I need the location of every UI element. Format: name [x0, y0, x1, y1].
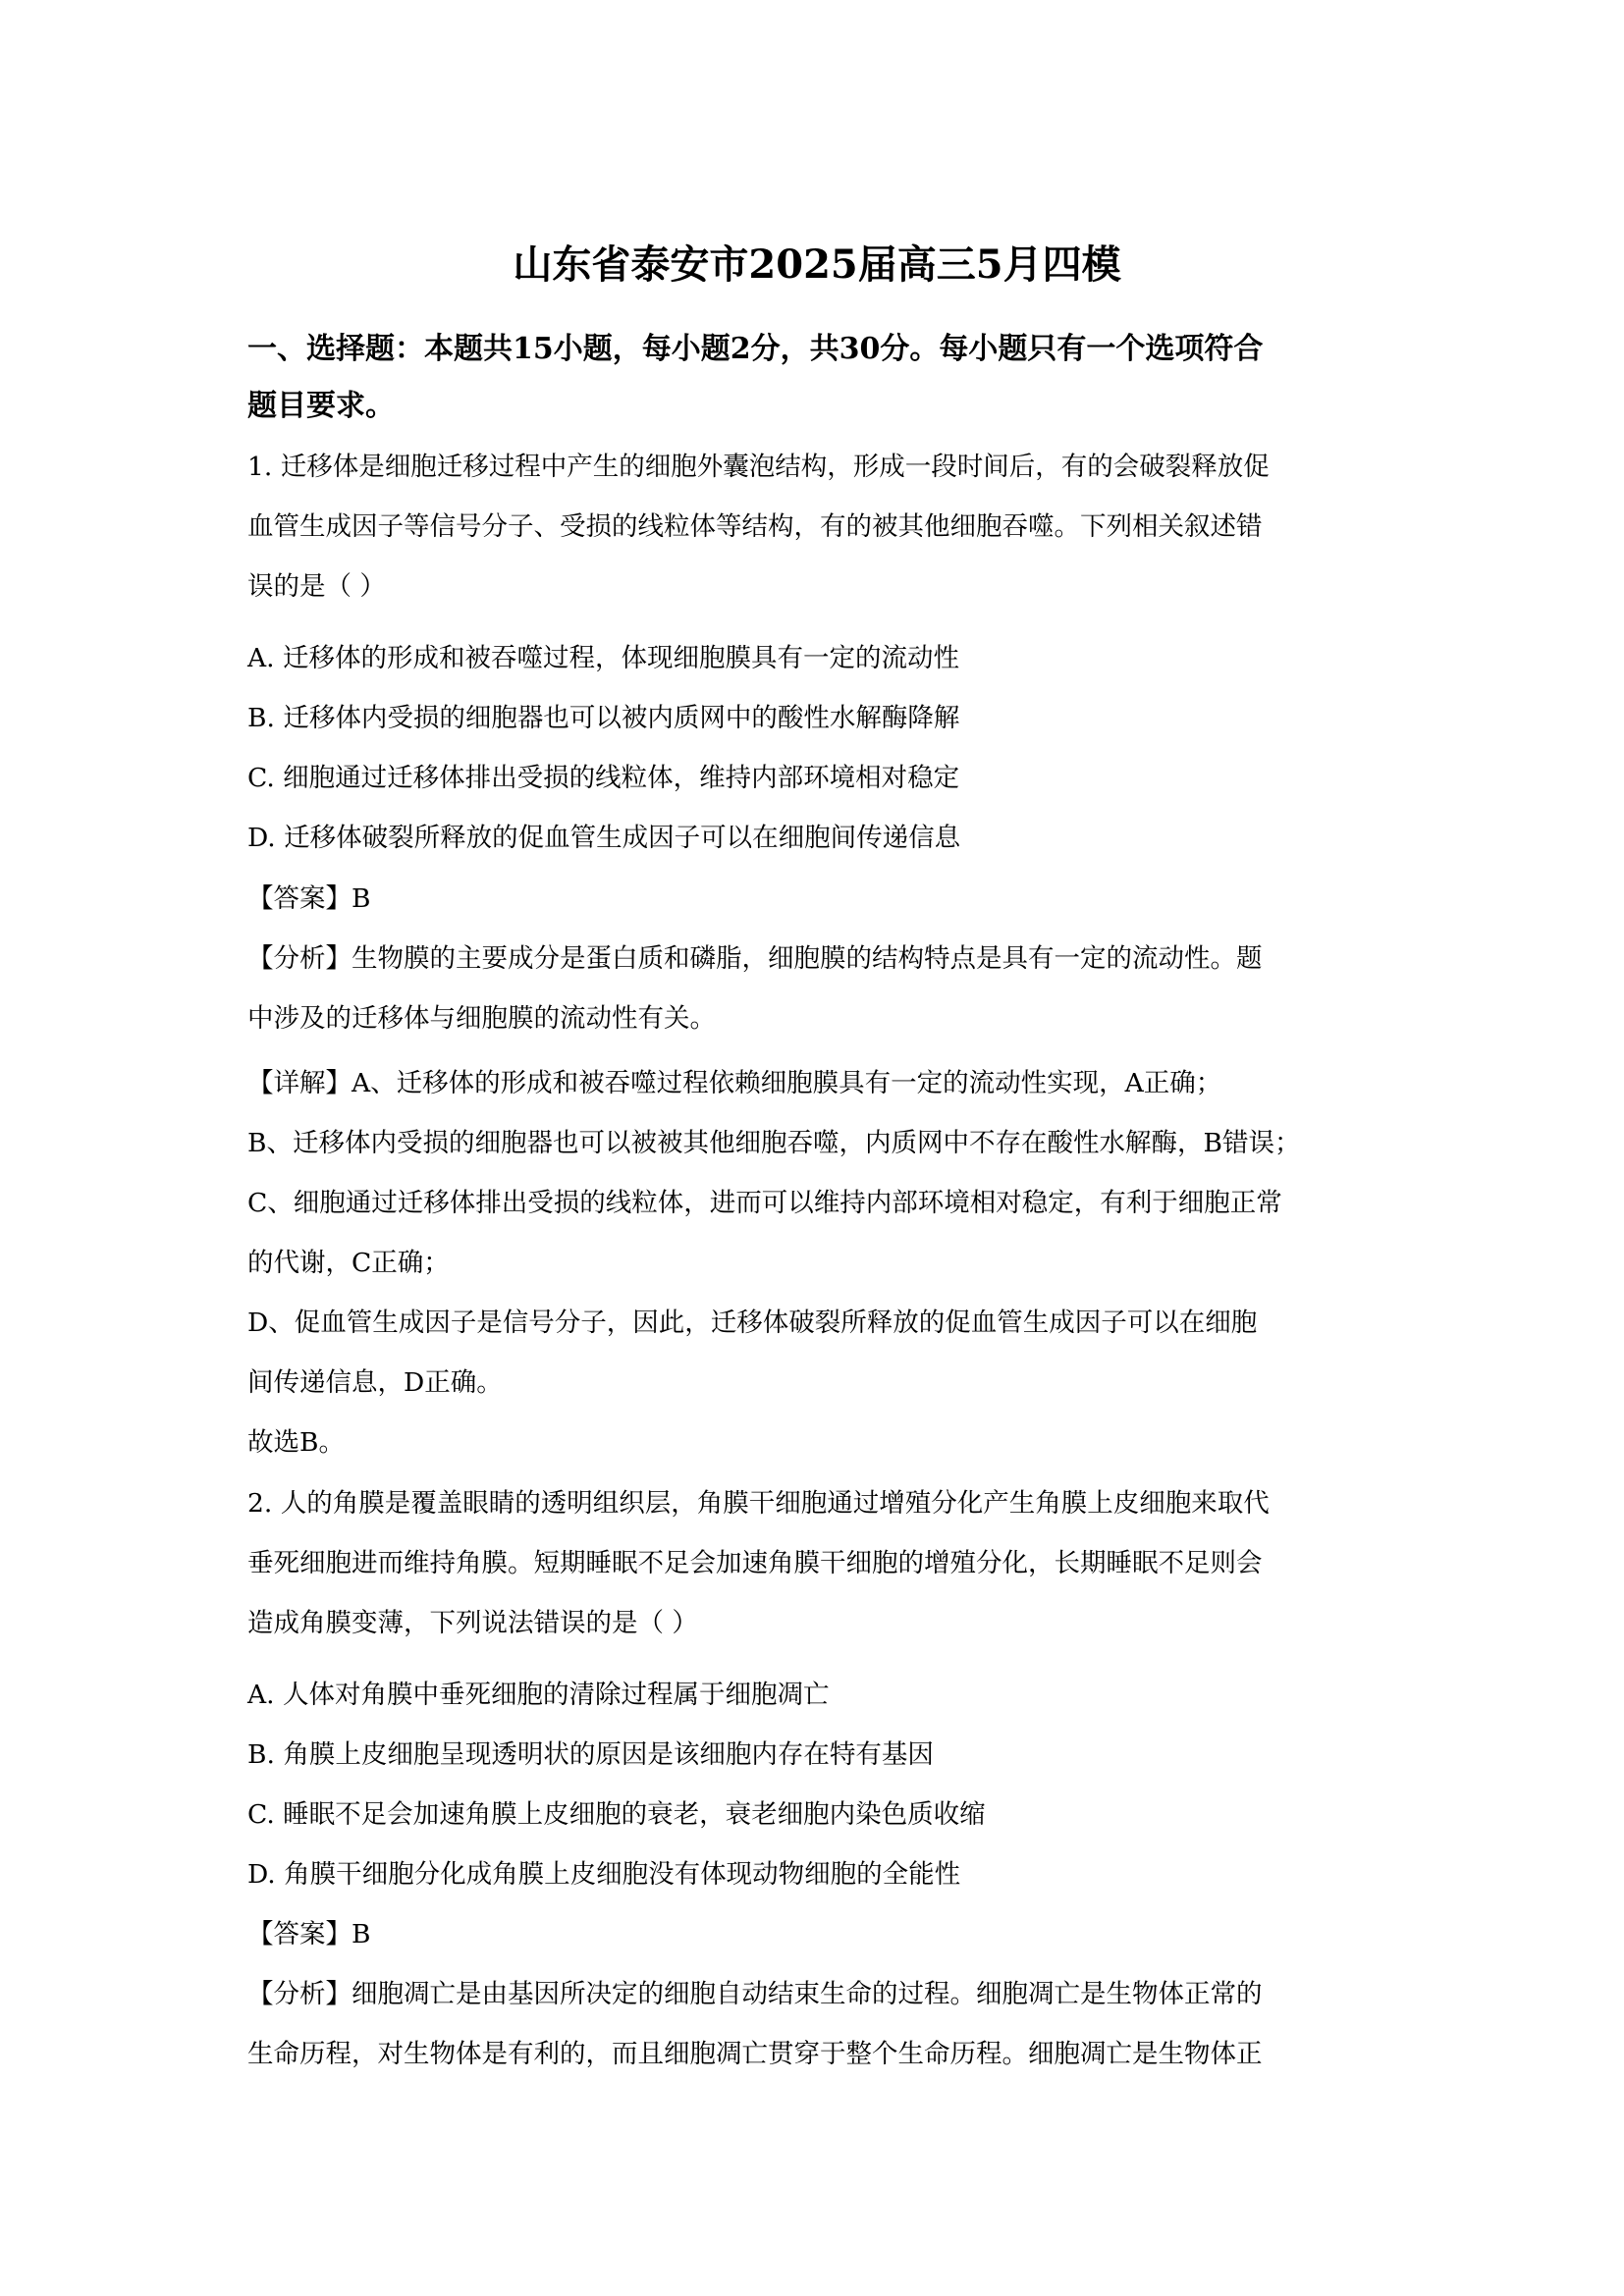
- option-d: D. 角膜干细胞分化成角膜上皮细胞没有体现动物细胞的全能性: [247, 1862, 960, 1889]
- analysis-line: 中涉及的迁移体与细胞膜的流动性有关。: [247, 1006, 716, 1033]
- question-stem-line: 误的是（ ）: [247, 574, 386, 601]
- option-b: B. 角膜上皮细胞呈现透明状的原因是该细胞内存在特有基因: [247, 1742, 934, 1769]
- option-c: C. 细胞通过迁移体排出受损的线粒体，维持内部环境相对稳定: [247, 766, 959, 792]
- document-title: 山东省泰安市2025届高三5月四模: [247, 234, 1386, 290]
- analysis-line: 【分析】生物膜的主要成分是蛋白质和磷脂，细胞膜的结构特点是具有一定的流动性。题: [247, 946, 1263, 973]
- analysis-line: 【分析】细胞凋亡是由基因所决定的细胞自动结束生命的过程。细胞凋亡是生物体正常的: [247, 1982, 1263, 2008]
- section-heading-line-2: 题目要求。: [247, 381, 395, 424]
- question-stem-line: 1. 迁移体是细胞迁移过程中产生的细胞外囊泡结构，形成一段时间后，有的会破裂释放…: [247, 454, 1270, 481]
- option-a: A. 迁移体的形成和被吞噬过程，体现细胞膜具有一定的流动性: [247, 646, 959, 672]
- option-b: B. 迁移体内受损的细胞器也可以被内质网中的酸性水解酶降解: [247, 706, 959, 732]
- answer-line: 【答案】B: [247, 886, 370, 913]
- detail-line: C、细胞通过迁移体排出受损的线粒体，进而可以维持内部环境相对稳定，有利于细胞正常: [247, 1191, 1282, 1217]
- answer-line: 【答案】B: [247, 1922, 370, 1949]
- detail-line: 的代谢，C正确；: [247, 1251, 450, 1277]
- detail-line: 【详解】A、迁移体的形成和被吞噬过程依赖细胞膜具有一定的流动性实现，A正确；: [247, 1071, 1221, 1097]
- conclusion-line: 故选B。: [247, 1430, 345, 1457]
- question-stem-line: 血管生成因子等信号分子、受损的线粒体等结构，有的被其他细胞吞噬。下列相关叙述错: [247, 514, 1263, 541]
- analysis-line: 生命历程，对生物体是有利的，而且细胞凋亡贯穿于整个生命历程。细胞凋亡是生物体正: [247, 2042, 1263, 2068]
- option-d: D. 迁移体破裂所释放的促血管生成因子可以在细胞间传递信息: [247, 826, 960, 852]
- detail-line: D、促血管生成因子是信号分子，因此，迁移体破裂所释放的促血管生成因子可以在细胞: [247, 1310, 1257, 1337]
- option-c: C. 睡眠不足会加速角膜上皮细胞的衰老，衰老细胞内染色质收缩: [247, 1802, 986, 1829]
- detail-line: B、迁移体内受损的细胞器也可以被被其他细胞吞噬，内质网中不存在酸性水解酶，B错误…: [247, 1131, 1300, 1157]
- detail-line: 间传递信息，D正确。: [247, 1370, 503, 1397]
- option-a: A. 人体对角膜中垂死细胞的清除过程属于细胞凋亡: [247, 1682, 829, 1709]
- question-stem-line: 2. 人的角膜是覆盖眼睛的透明组织层，角膜干细胞通过增殖分化产生角膜上皮细胞来取…: [247, 1491, 1270, 1518]
- question-stem-line: 垂死细胞进而维持角膜。短期睡眠不足会加速角膜干细胞的增殖分化，长期睡眠不足则会: [247, 1551, 1263, 1577]
- question-stem-line: 造成角膜变薄，下列说法错误的是（ ）: [247, 1611, 698, 1637]
- section-heading-line-1: 一、选择题：本题共15小题，每小题2分，共30分。每小题只有一个选项符合: [247, 324, 1263, 367]
